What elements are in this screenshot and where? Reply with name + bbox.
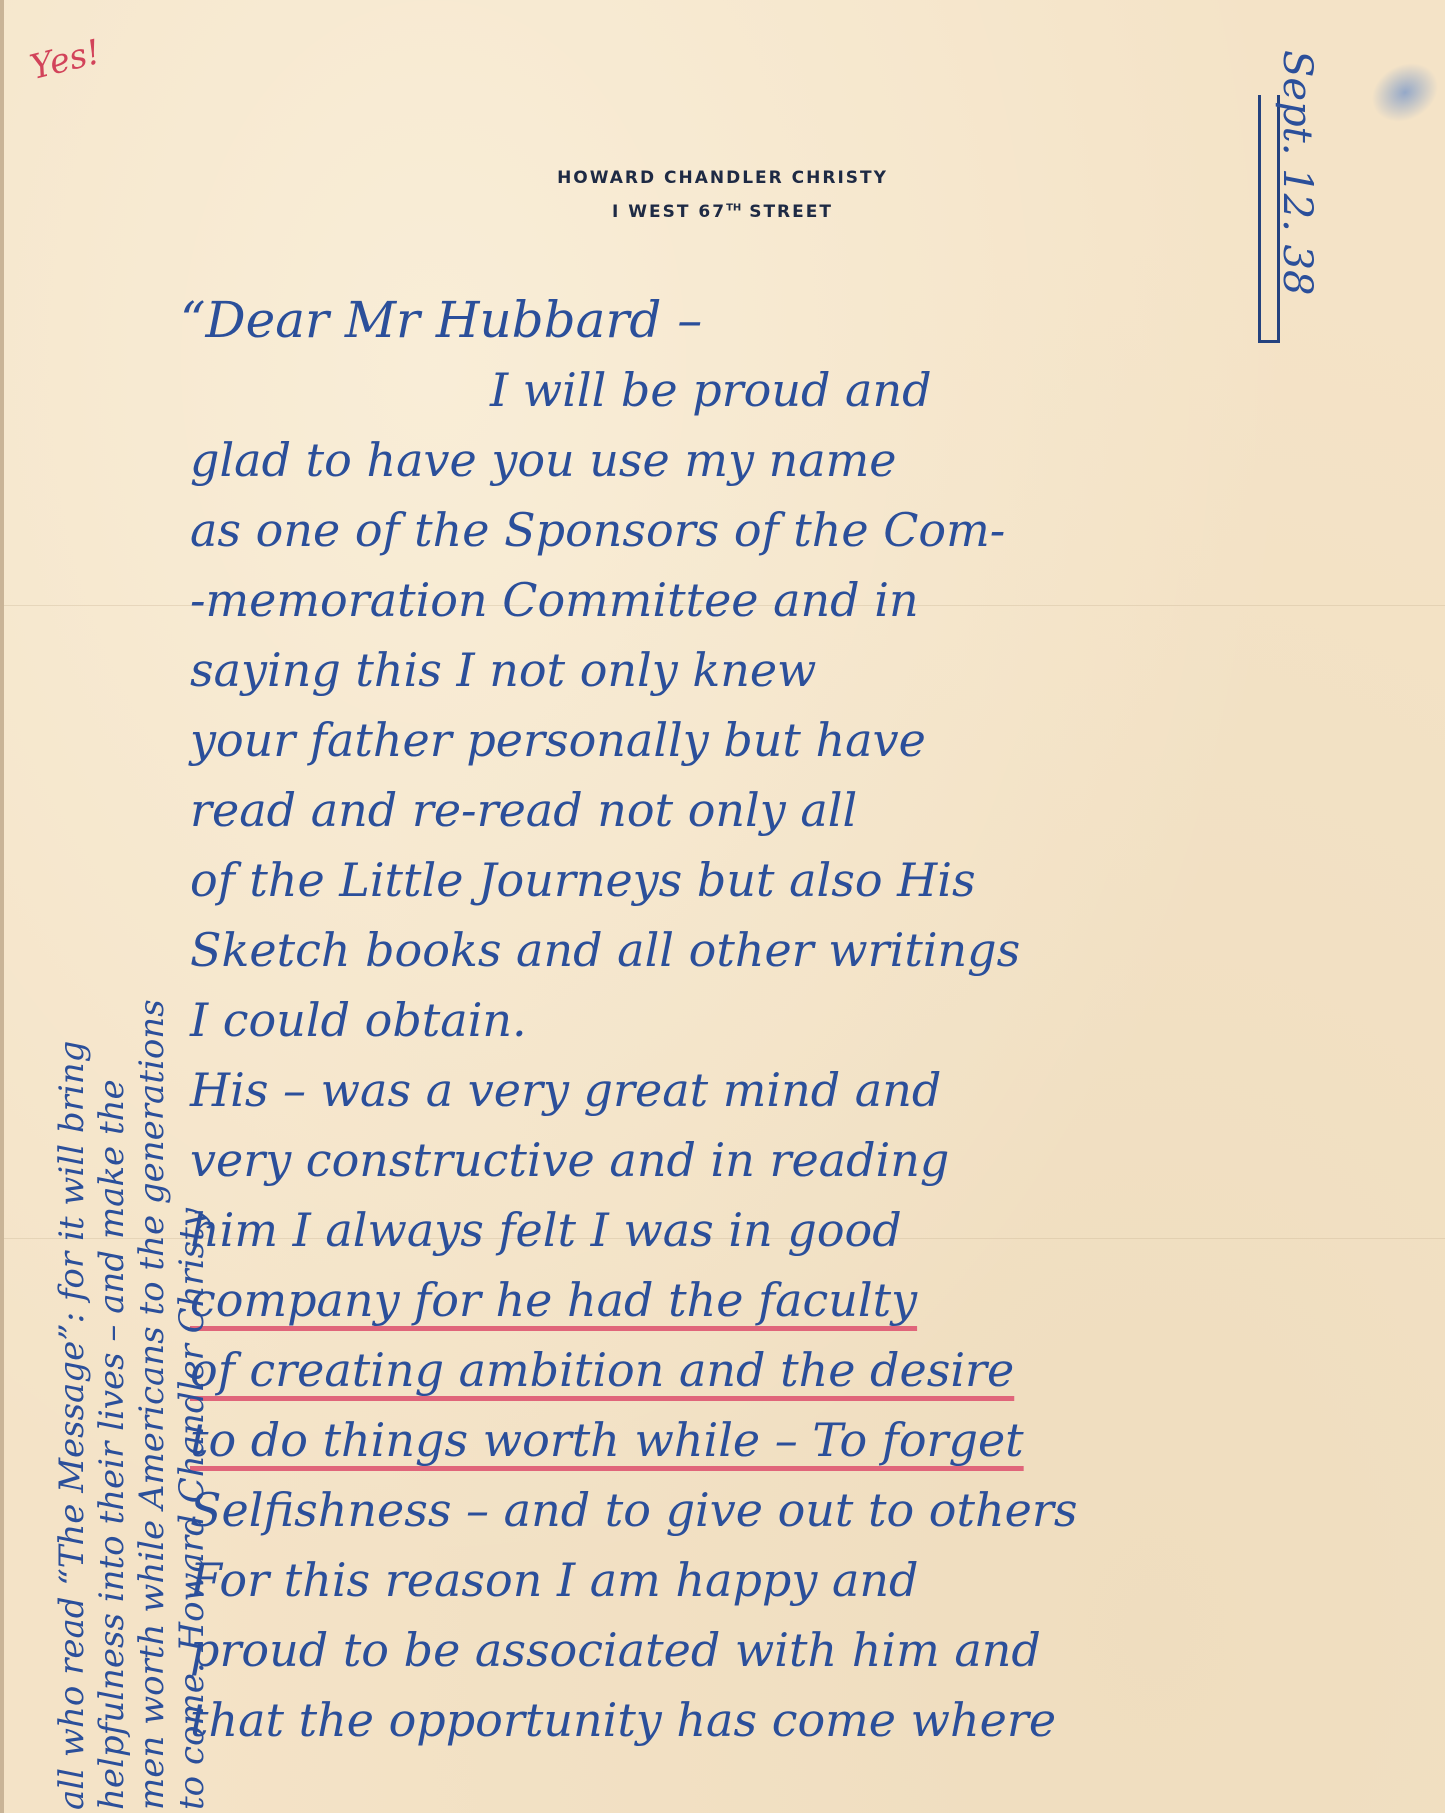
letterhead-name: HOWARD CHANDLER CHRISTY: [0, 168, 1445, 188]
letter-line: saying this I not only knew: [190, 635, 1420, 705]
letter-line: your father personally but have: [190, 705, 1420, 775]
margin-line: men worth while Americans to the generat…: [132, 270, 172, 1810]
letter-line: read and re-read not only all: [190, 775, 1420, 845]
letter-line: -memoration Committee and in: [190, 565, 1420, 635]
letter-line: of the Little Journeys but also His: [190, 845, 1420, 915]
address-number: I WEST 67: [612, 202, 726, 222]
letter-body: “Dear Mr Hubbard – I will be proud and g…: [190, 285, 1420, 1755]
letter-line: very constructive and in reading: [190, 1125, 1420, 1195]
letter-line: that the opportunity has come where: [190, 1685, 1420, 1755]
margin-signature: to come. Howard Chandler Christy: [172, 270, 212, 1810]
margin-postscript: all who read “The Message”: for it will …: [52, 270, 212, 1810]
salutation: “Dear Mr Hubbard –: [180, 285, 1420, 355]
address-street: STREET: [741, 202, 833, 222]
letter-line: Selfishness – and to give out to others: [190, 1475, 1420, 1545]
letter-line: I could obtain.: [190, 985, 1420, 1055]
letter-line: I will be proud and: [190, 355, 1420, 425]
letterhead-address: I WEST 67TH STREET: [0, 202, 1445, 222]
letter-date: Sept. 12. 38: [1274, 50, 1320, 295]
margin-line: helpfulness into their lives – and make …: [92, 270, 132, 1810]
address-suffix-sup: TH: [726, 202, 741, 213]
letter-line: Sketch books and all other writings: [190, 915, 1420, 985]
letter-line: glad to have you use my name: [190, 425, 1420, 495]
letter-line: him I always felt I was in good: [190, 1195, 1420, 1265]
letter-line: His – was a very great mind and: [190, 1055, 1420, 1125]
letter-line: proud to be associated with him and: [190, 1615, 1420, 1685]
letter-line-highlighted: of creating ambition and the desire: [190, 1335, 1420, 1405]
letter-line: For this reason I am happy and: [190, 1545, 1420, 1615]
paper-edge: [0, 0, 4, 1813]
letter-line-highlighted: to do things worth while – To forget: [190, 1405, 1420, 1475]
margin-line: all who read “The Message”: for it will …: [52, 270, 92, 1810]
letter-line: as one of the Sponsors of the Com-: [190, 495, 1420, 565]
letter-line-highlighted: company for he had the faculty: [190, 1265, 1420, 1335]
